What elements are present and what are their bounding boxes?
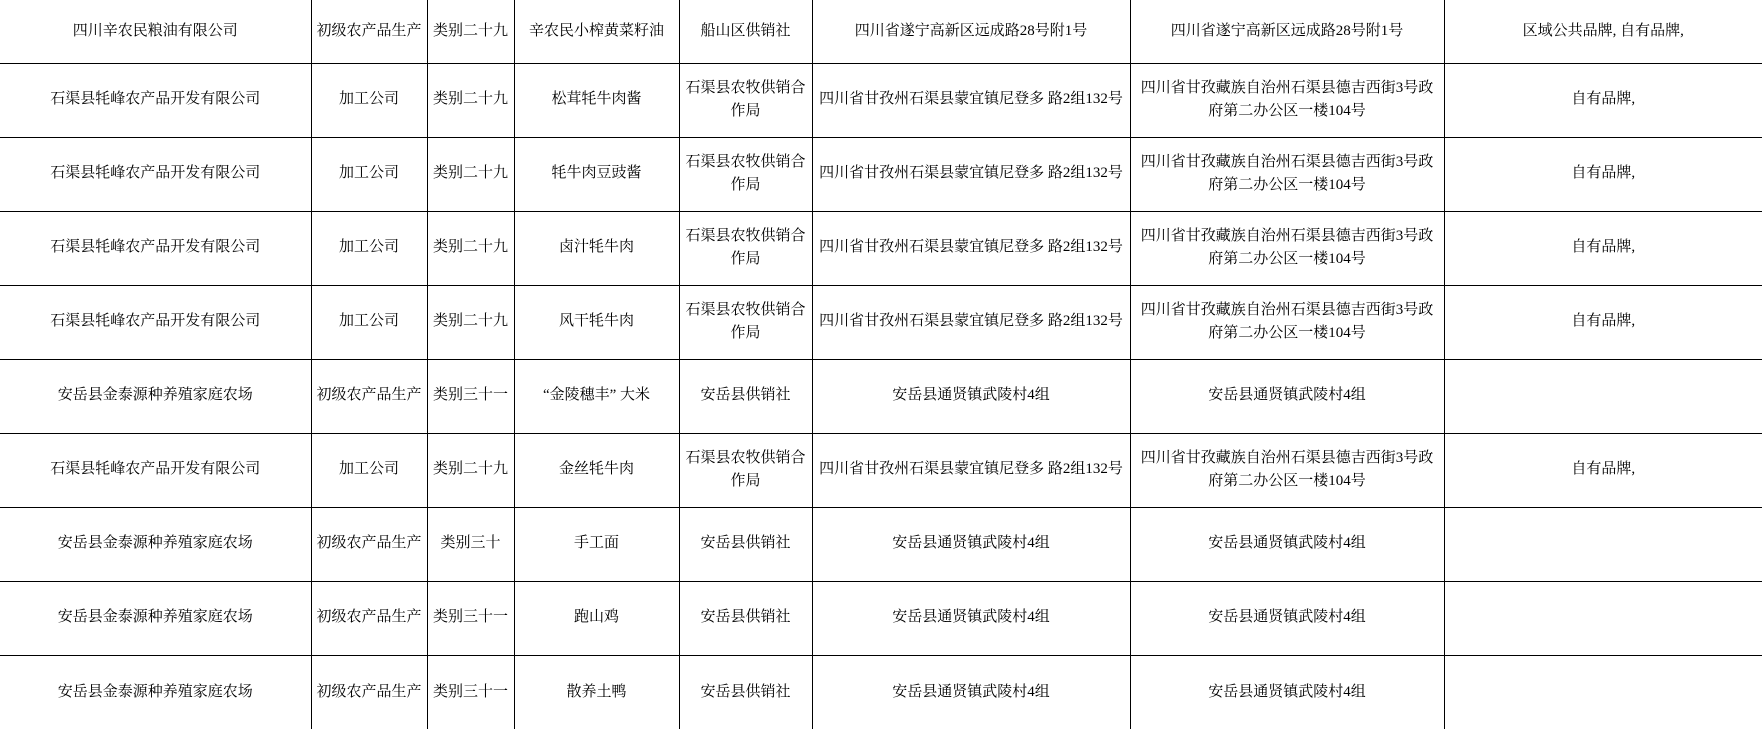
table-cell-address2: 安岳县通贤镇武陵村4组 (1130, 581, 1444, 655)
table-cell-producer-type: 加工公司 (311, 211, 427, 285)
table-row: 石渠县牦峰农产品开发有限公司加工公司类别二十九松茸牦牛肉酱石渠县农牧供销合作局四… (0, 63, 1762, 137)
table-row: 石渠县牦峰农产品开发有限公司加工公司类别二十九牦牛肉豆豉酱石渠县农牧供销合作局四… (0, 137, 1762, 211)
table-cell-address2: 安岳县通贤镇武陵村4组 (1130, 359, 1444, 433)
table-cell-producer-type: 加工公司 (311, 285, 427, 359)
table-row: 四川辛农民粮油有限公司初级农产品生产类别二十九辛农民小榨黄菜籽油船山区供销社四川… (0, 0, 1762, 63)
table-cell-address2: 安岳县通贤镇武陵村4组 (1130, 507, 1444, 581)
table-cell-brand: 自有品牌, (1444, 285, 1762, 359)
table-cell-producer-type: 加工公司 (311, 63, 427, 137)
table-cell-address2: 四川省甘孜藏族自治州石渠县德吉西街3号政府第二办公区一楼104号 (1130, 137, 1444, 211)
table-cell-address2: 四川省甘孜藏族自治州石渠县德吉西街3号政府第二办公区一楼104号 (1130, 285, 1444, 359)
table-cell-company: 石渠县牦峰农产品开发有限公司 (0, 211, 311, 285)
table-cell-category: 类别二十九 (427, 433, 514, 507)
table-cell-address1: 安岳县通贤镇武陵村4组 (812, 581, 1130, 655)
table-row: 石渠县牦峰农产品开发有限公司加工公司类别二十九金丝牦牛肉石渠县农牧供销合作局四川… (0, 433, 1762, 507)
producers-table: 四川辛农民粮油有限公司初级农产品生产类别二十九辛农民小榨黄菜籽油船山区供销社四川… (0, 0, 1762, 729)
table-cell-category: 类别三十一 (427, 581, 514, 655)
table-cell-supply-org: 石渠县农牧供销合作局 (679, 63, 812, 137)
table-cell-company: 石渠县牦峰农产品开发有限公司 (0, 63, 311, 137)
table-cell-company: 安岳县金泰源种养殖家庭农场 (0, 655, 311, 729)
table-row: 安岳县金泰源种养殖家庭农场初级农产品生产类别三十一“金陵穗丰” 大米安岳县供销社… (0, 359, 1762, 433)
table-cell-supply-org: 安岳县供销社 (679, 359, 812, 433)
table-cell-company: 四川辛农民粮油有限公司 (0, 0, 311, 63)
table-cell-supply-org: 石渠县农牧供销合作局 (679, 211, 812, 285)
table-cell-company: 安岳县金泰源种养殖家庭农场 (0, 359, 311, 433)
table-cell-category: 类别三十一 (427, 655, 514, 729)
table-cell-category: 类别二十九 (427, 285, 514, 359)
table-cell-producer-type: 加工公司 (311, 433, 427, 507)
table-cell-product: 手工面 (514, 507, 679, 581)
table-cell-product: 跑山鸡 (514, 581, 679, 655)
table-cell-supply-org: 石渠县农牧供销合作局 (679, 285, 812, 359)
table-cell-producer-type: 初级农产品生产 (311, 655, 427, 729)
table-cell-category: 类别二十九 (427, 63, 514, 137)
table-cell-company: 石渠县牦峰农产品开发有限公司 (0, 433, 311, 507)
table-cell-product: 金丝牦牛肉 (514, 433, 679, 507)
table-cell-company: 安岳县金泰源种养殖家庭农场 (0, 581, 311, 655)
table-cell-company: 安岳县金泰源种养殖家庭农场 (0, 507, 311, 581)
table-cell-supply-org: 安岳县供销社 (679, 581, 812, 655)
table-cell-producer-type: 加工公司 (311, 137, 427, 211)
table-cell-category: 类别二十九 (427, 137, 514, 211)
table-cell-product: 卤汁牦牛肉 (514, 211, 679, 285)
table-cell-product: 风干牦牛肉 (514, 285, 679, 359)
table-cell-brand (1444, 655, 1762, 729)
table-cell-supply-org: 石渠县农牧供销合作局 (679, 433, 812, 507)
table-cell-address2: 四川省甘孜藏族自治州石渠县德吉西街3号政府第二办公区一楼104号 (1130, 433, 1444, 507)
table-row: 安岳县金泰源种养殖家庭农场初级农产品生产类别三十一散养土鸭安岳县供销社安岳县通贤… (0, 655, 1762, 729)
table-cell-producer-type: 初级农产品生产 (311, 581, 427, 655)
table-cell-address2: 四川省甘孜藏族自治州石渠县德吉西街3号政府第二办公区一楼104号 (1130, 63, 1444, 137)
table-body: 四川辛农民粮油有限公司初级农产品生产类别二十九辛农民小榨黄菜籽油船山区供销社四川… (0, 0, 1762, 729)
table-cell-product: 松茸牦牛肉酱 (514, 63, 679, 137)
table-row: 安岳县金泰源种养殖家庭农场初级农产品生产类别三十一跑山鸡安岳县供销社安岳县通贤镇… (0, 581, 1762, 655)
table-cell-company: 石渠县牦峰农产品开发有限公司 (0, 137, 311, 211)
table-cell-product: “金陵穗丰” 大米 (514, 359, 679, 433)
table-cell-brand: 自有品牌, (1444, 211, 1762, 285)
table-cell-address1: 四川省甘孜州石渠县蒙宜镇尼登多 路2组132号 (812, 285, 1130, 359)
table-cell-supply-org: 船山区供销社 (679, 0, 812, 63)
table-cell-product: 牦牛肉豆豉酱 (514, 137, 679, 211)
table-cell-brand: 自有品牌, (1444, 137, 1762, 211)
table-cell-address1: 四川省甘孜州石渠县蒙宜镇尼登多 路2组132号 (812, 63, 1130, 137)
table-cell-brand (1444, 359, 1762, 433)
table-cell-producer-type: 初级农产品生产 (311, 507, 427, 581)
table-cell-address1: 四川省甘孜州石渠县蒙宜镇尼登多 路2组132号 (812, 433, 1130, 507)
table-cell-supply-org: 安岳县供销社 (679, 655, 812, 729)
table-cell-category: 类别三十 (427, 507, 514, 581)
table-cell-address2: 四川省甘孜藏族自治州石渠县德吉西街3号政府第二办公区一楼104号 (1130, 211, 1444, 285)
table-cell-address2: 安岳县通贤镇武陵村4组 (1130, 655, 1444, 729)
table-cell-product: 辛农民小榨黄菜籽油 (514, 0, 679, 63)
table-cell-address1: 安岳县通贤镇武陵村4组 (812, 507, 1130, 581)
table-cell-category: 类别三十一 (427, 359, 514, 433)
table-row: 石渠县牦峰农产品开发有限公司加工公司类别二十九风干牦牛肉石渠县农牧供销合作局四川… (0, 285, 1762, 359)
table-cell-brand: 自有品牌, (1444, 433, 1762, 507)
table-cell-address1: 四川省甘孜州石渠县蒙宜镇尼登多 路2组132号 (812, 137, 1130, 211)
table-cell-address1: 四川省甘孜州石渠县蒙宜镇尼登多 路2组132号 (812, 211, 1130, 285)
table-cell-address1: 四川省遂宁高新区远成路28号附1号 (812, 0, 1130, 63)
table-cell-brand (1444, 581, 1762, 655)
table-cell-address2: 四川省遂宁高新区远成路28号附1号 (1130, 0, 1444, 63)
table-cell-brand: 区域公共品牌, 自有品牌, (1444, 0, 1762, 63)
table-cell-address1: 安岳县通贤镇武陵村4组 (812, 655, 1130, 729)
table-row: 石渠县牦峰农产品开发有限公司加工公司类别二十九卤汁牦牛肉石渠县农牧供销合作局四川… (0, 211, 1762, 285)
table-cell-supply-org: 安岳县供销社 (679, 507, 812, 581)
table-cell-brand: 自有品牌, (1444, 63, 1762, 137)
table-cell-address1: 安岳县通贤镇武陵村4组 (812, 359, 1130, 433)
table-row: 安岳县金泰源种养殖家庭农场初级农产品生产类别三十手工面安岳县供销社安岳县通贤镇武… (0, 507, 1762, 581)
table-cell-product: 散养土鸭 (514, 655, 679, 729)
table-cell-category: 类别二十九 (427, 211, 514, 285)
table-cell-company: 石渠县牦峰农产品开发有限公司 (0, 285, 311, 359)
table-cell-producer-type: 初级农产品生产 (311, 359, 427, 433)
table-cell-brand (1444, 507, 1762, 581)
table-cell-category: 类别二十九 (427, 0, 514, 63)
table-cell-producer-type: 初级农产品生产 (311, 0, 427, 63)
table-cell-supply-org: 石渠县农牧供销合作局 (679, 137, 812, 211)
